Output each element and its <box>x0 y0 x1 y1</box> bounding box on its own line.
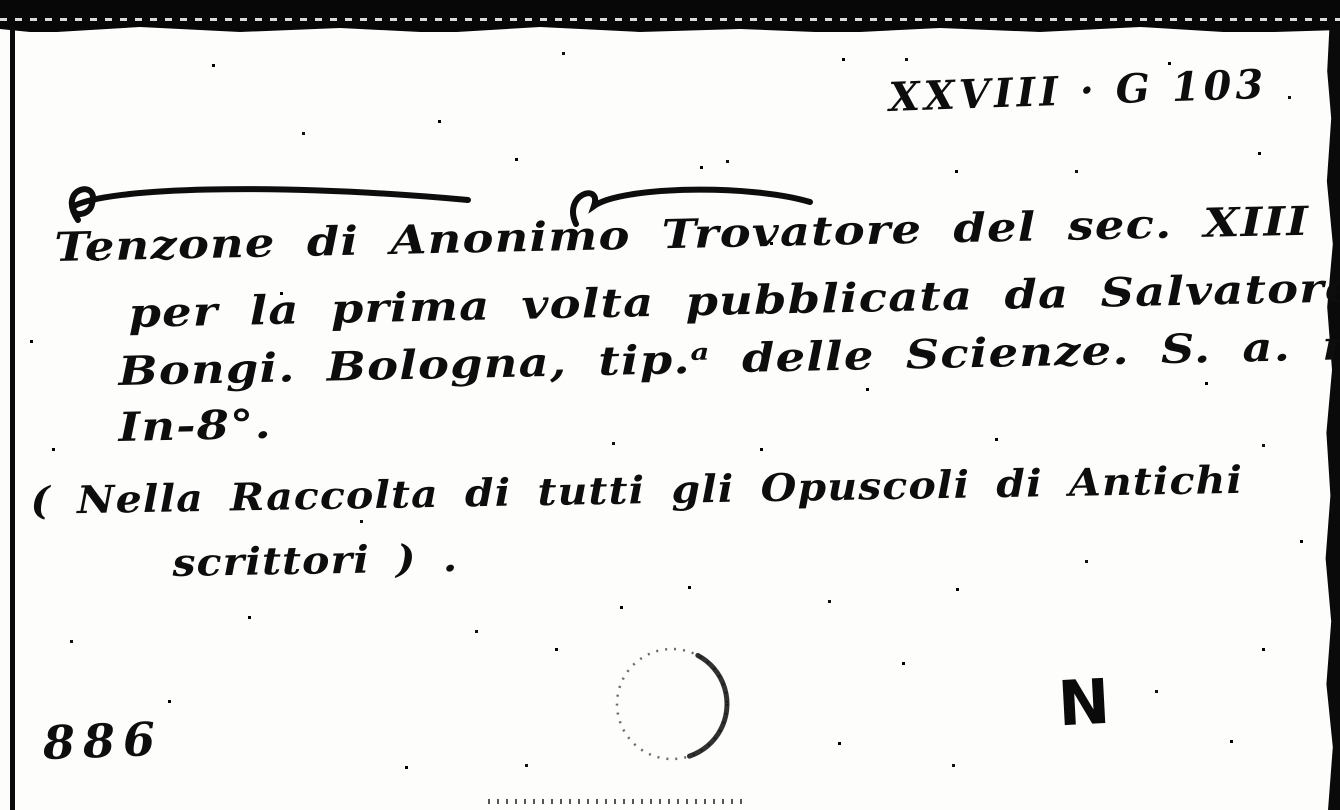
note-line-2: scrittori ) . <box>172 535 458 585</box>
scan-top-edge <box>0 0 1340 32</box>
entry-line-4: In-8°. <box>118 401 272 451</box>
scan-top-edge-gap <box>0 18 1340 21</box>
catalog-card-scan: XXVIII · G 103 Tenzone di Anonimo Trovat… <box>0 0 1340 810</box>
scan-noise-specks <box>0 0 3 3</box>
accession-number: 886 <box>42 712 164 770</box>
note-line-1: ( Nella Raccolta di tutti gli Opuscoli d… <box>30 457 1244 523</box>
shelfmark: XXVIII · G 103 <box>888 61 1268 121</box>
scan-left-edge <box>10 26 15 810</box>
entry-line-1: Tenzone di Anonimo Trovatore del sec. XI… <box>54 195 1340 271</box>
scan-right-edge <box>1324 24 1340 810</box>
circular-stamp <box>605 638 741 774</box>
letter-n-stamp: N <box>1056 671 1111 736</box>
scan-bottom-speckle <box>488 799 748 804</box>
